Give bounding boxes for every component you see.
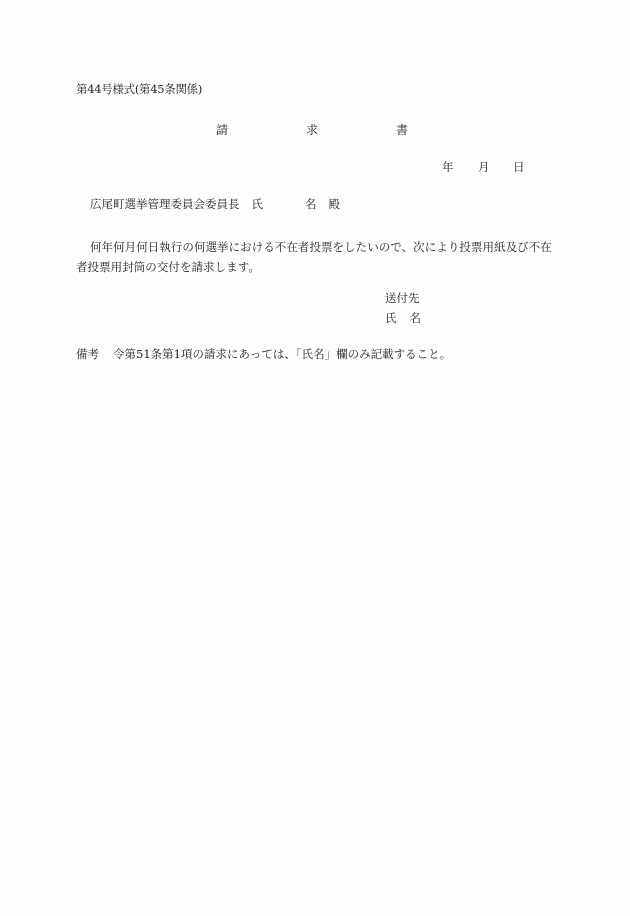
date-year-label: 年 <box>442 162 454 174</box>
title-char-3: 書 <box>396 124 408 136</box>
date-month-label: 月 <box>478 162 490 174</box>
sender-name-label: 氏名 <box>385 313 421 325</box>
title-char-2: 求 <box>306 124 318 136</box>
sender-name-part2: 名 <box>410 311 422 325</box>
addressee-name-part2: 名 <box>305 197 317 211</box>
remarks-text: 令第51条第1項の請求にあっては、「氏名」欄のみ記載すること。 <box>113 347 451 361</box>
form-number: 第44号様式(第45条関係) <box>76 84 202 96</box>
remarks-label: 備考 <box>76 347 99 361</box>
date-day-label: 日 <box>513 162 525 174</box>
addressee-honorific: 殿 <box>329 197 341 211</box>
sender-name-part1: 氏 <box>385 311 397 325</box>
title-char-1: 請 <box>216 124 228 136</box>
addressee-line: 広尾町選挙管理委員会委員長氏名殿 <box>90 199 340 211</box>
addressee-name-part1: 氏 <box>252 197 264 211</box>
request-body-text: 何年何月何日執行の何選挙における不在者投票をしたいので、次により投票用紙及び不在… <box>76 237 552 277</box>
addressee-organization: 広尾町選挙管理委員会委員長 <box>90 197 240 211</box>
remarks-line: 備考令第51条第1項の請求にあっては、「氏名」欄のみ記載すること。 <box>76 349 451 361</box>
sender-address-label: 送付先 <box>385 293 420 305</box>
